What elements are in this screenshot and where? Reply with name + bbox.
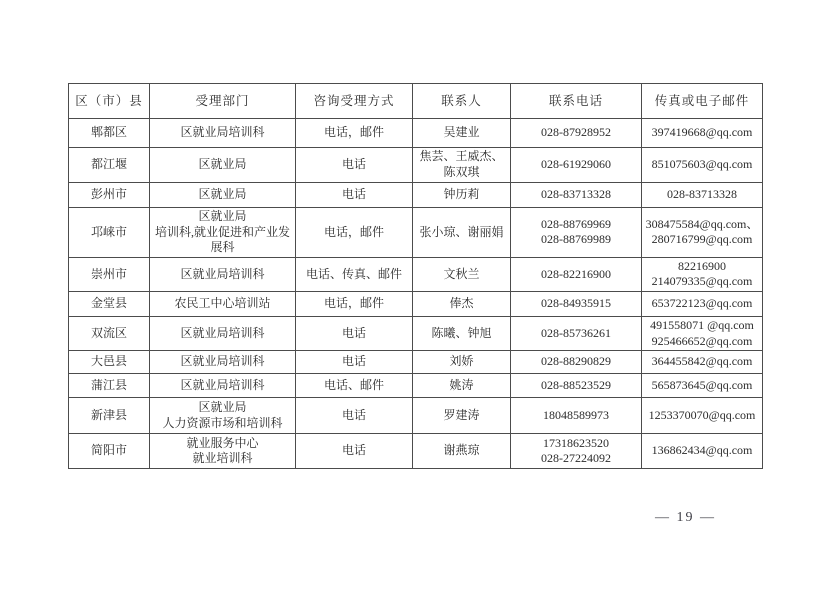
cell-phone: 028-88523529 [511, 374, 642, 398]
cell-contact: 谢燕琼 [413, 434, 511, 469]
cell-contact: 罗建涛 [413, 398, 511, 434]
cell-department: 就业服务中心 就业培训科 [150, 434, 296, 469]
table-row: 金堂县 农民工中心培训站 电话，邮件 俸杰 028-84935915 65372… [69, 291, 763, 316]
column-header-contact: 联系人 [413, 84, 511, 119]
table-row: 郫都区 区就业局培训科 电话，邮件 吴建业 028-87928952 39741… [69, 119, 763, 148]
cell-fax-email: 653722123@qq.com [642, 291, 763, 316]
cell-department: 区就业局 [150, 183, 296, 208]
cell-district: 邛崃市 [69, 208, 150, 258]
cell-district: 双流区 [69, 316, 150, 350]
cell-fax-email: 028-83713328 [642, 183, 763, 208]
cell-method: 电话，邮件 [296, 119, 413, 148]
cell-contact: 文秋兰 [413, 257, 511, 291]
cell-phone: 028-87928952 [511, 119, 642, 148]
cell-phone: 028-85736261 [511, 316, 642, 350]
cell-department: 区就业局培训科 [150, 119, 296, 148]
cell-contact: 刘娇 [413, 351, 511, 374]
cell-phone: 028-83713328 [511, 183, 642, 208]
cell-phone: 028-84935915 [511, 291, 642, 316]
cell-method: 电话 [296, 434, 413, 469]
table-row: 大邑县 区就业局培训科 电话 刘娇 028-88290829 364455842… [69, 351, 763, 374]
cell-department: 区就业局 培训科,就业促进和产业发展科 [150, 208, 296, 258]
cell-fax-email: 491558071 @qq.com 925466652@qq.com [642, 316, 763, 350]
cell-method: 电话 [296, 398, 413, 434]
cell-fax-email: 82216900 214079335@qq.com [642, 257, 763, 291]
cell-district: 崇州市 [69, 257, 150, 291]
cell-phone: 18048589973 [511, 398, 642, 434]
cell-contact: 陈曦、钟旭 [413, 316, 511, 350]
table-row: 崇州市 区就业局培训科 电话、传真、邮件 文秋兰 028-82216900 82… [69, 257, 763, 291]
cell-district: 彭州市 [69, 183, 150, 208]
document-page: 区（市）县 受理部门 咨询受理方式 联系人 联系电话 传真或电子邮件 郫都区 区… [0, 0, 815, 597]
table-row: 都江堰 区就业局 电话 焦芸、王威杰、 陈双琪 028-61929060 851… [69, 148, 763, 183]
cell-phone: 028-88290829 [511, 351, 642, 374]
cell-fax-email: 1253370070@qq.com [642, 398, 763, 434]
cell-department: 区就业局培训科 [150, 351, 296, 374]
cell-district: 金堂县 [69, 291, 150, 316]
cell-fax-email: 136862434@qq.com [642, 434, 763, 469]
table-row: 新津县 区就业局 人力资源市场和培训科 电话 罗建涛 18048589973 1… [69, 398, 763, 434]
column-header-fax-email: 传真或电子邮件 [642, 84, 763, 119]
table-header-row: 区（市）县 受理部门 咨询受理方式 联系人 联系电话 传真或电子邮件 [69, 84, 763, 119]
cell-method: 电话 [296, 351, 413, 374]
cell-department: 区就业局 [150, 148, 296, 183]
cell-fax-email: 364455842@qq.com [642, 351, 763, 374]
cell-contact: 姚涛 [413, 374, 511, 398]
cell-fax-email: 308475584@qq.com、 280716799@qq.com [642, 208, 763, 258]
cell-phone: 028-61929060 [511, 148, 642, 183]
cell-method: 电话，邮件 [296, 291, 413, 316]
cell-district: 新津县 [69, 398, 150, 434]
cell-fax-email: 565873645@qq.com [642, 374, 763, 398]
cell-district: 蒲江县 [69, 374, 150, 398]
table-row: 蒲江县 区就业局培训科 电话、邮件 姚涛 028-88523529 565873… [69, 374, 763, 398]
cell-contact: 俸杰 [413, 291, 511, 316]
cell-phone: 028-88769969 028-88769989 [511, 208, 642, 258]
table-row: 双流区 区就业局培训科 电话 陈曦、钟旭 028-85736261 491558… [69, 316, 763, 350]
column-header-department: 受理部门 [150, 84, 296, 119]
cell-department: 区就业局培训科 [150, 374, 296, 398]
cell-district: 郫都区 [69, 119, 150, 148]
page-number: — 19 — [655, 510, 716, 526]
table-row: 邛崃市 区就业局 培训科,就业促进和产业发展科 电话，邮件 张小琼、谢丽娟 02… [69, 208, 763, 258]
column-header-method: 咨询受理方式 [296, 84, 413, 119]
cell-contact: 钟历莉 [413, 183, 511, 208]
cell-method: 电话、邮件 [296, 374, 413, 398]
cell-department: 区就业局培训科 [150, 316, 296, 350]
cell-method: 电话，邮件 [296, 208, 413, 258]
column-header-phone: 联系电话 [511, 84, 642, 119]
cell-district: 大邑县 [69, 351, 150, 374]
cell-contact: 焦芸、王威杰、 陈双琪 [413, 148, 511, 183]
table-row: 彭州市 区就业局 电话 钟历莉 028-83713328 028-8371332… [69, 183, 763, 208]
cell-method: 电话 [296, 183, 413, 208]
cell-department: 区就业局 人力资源市场和培训科 [150, 398, 296, 434]
contacts-table: 区（市）县 受理部门 咨询受理方式 联系人 联系电话 传真或电子邮件 郫都区 区… [68, 83, 763, 469]
cell-phone: 17318623520 028-27224092 [511, 434, 642, 469]
table-row: 简阳市 就业服务中心 就业培训科 电话 谢燕琼 17318623520 028-… [69, 434, 763, 469]
column-header-district: 区（市）县 [69, 84, 150, 119]
cell-department: 农民工中心培训站 [150, 291, 296, 316]
cell-method: 电话、传真、邮件 [296, 257, 413, 291]
cell-fax-email: 397419668@qq.com [642, 119, 763, 148]
cell-method: 电话 [296, 316, 413, 350]
cell-phone: 028-82216900 [511, 257, 642, 291]
cell-department: 区就业局培训科 [150, 257, 296, 291]
cell-contact: 张小琼、谢丽娟 [413, 208, 511, 258]
cell-method: 电话 [296, 148, 413, 183]
cell-contact: 吴建业 [413, 119, 511, 148]
cell-fax-email: 851075603@qq.com [642, 148, 763, 183]
cell-district: 都江堰 [69, 148, 150, 183]
cell-district: 简阳市 [69, 434, 150, 469]
